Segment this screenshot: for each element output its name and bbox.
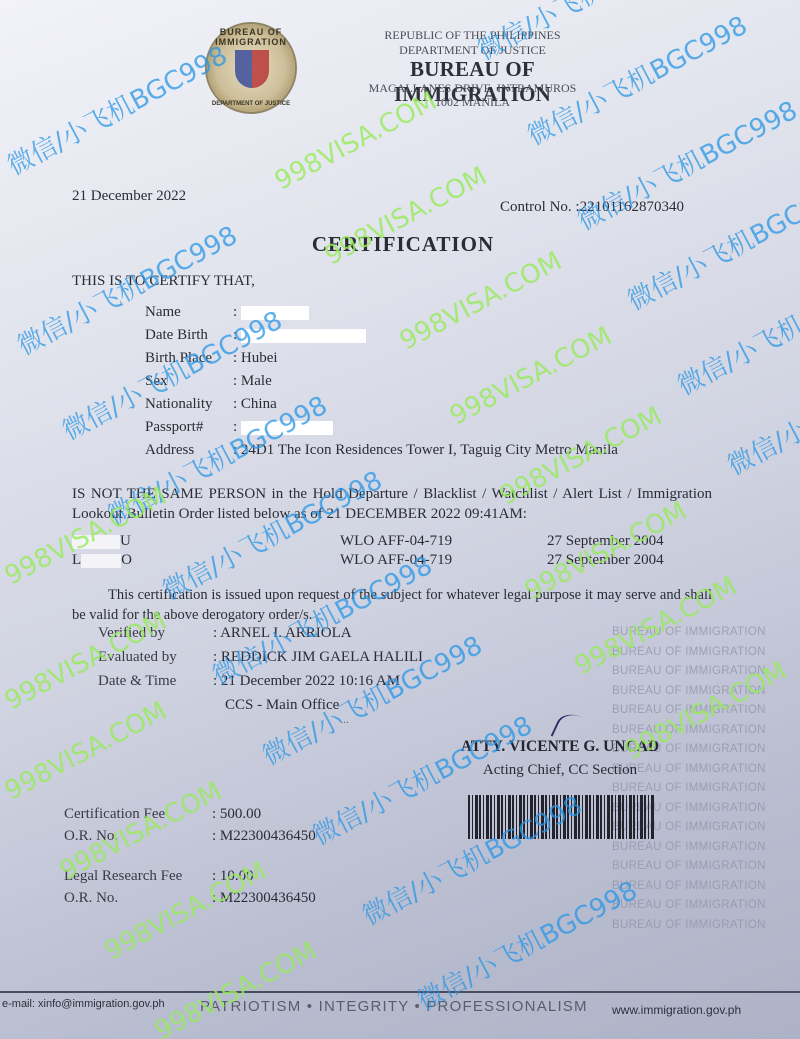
header-address-2: 1002 MANILA	[330, 95, 615, 110]
footer-divider	[0, 991, 800, 993]
stamp-line: BUREAU OF IMMIGRATION	[612, 880, 766, 900]
order-name-redacted: U	[72, 533, 340, 552]
footer-website: www.immigration.gov.ph	[612, 1003, 741, 1017]
verification-label: Date & Time	[98, 673, 213, 697]
field-date-birth: Date Birth :	[145, 327, 618, 350]
field-value-redacted: :	[233, 304, 309, 327]
watermark-blue: 微信/小飞机BGC998	[720, 335, 800, 482]
barcode-icon	[468, 795, 654, 839]
field-passport: Passport# :	[145, 419, 618, 442]
fee-label: O.R. No.	[64, 890, 212, 912]
stamp-line: BUREAU OF IMMIGRATION	[612, 704, 766, 724]
field-sex: Sex : Male	[145, 373, 618, 396]
order-name-redacted: LO	[72, 552, 340, 571]
field-label: Birth Place	[145, 350, 233, 373]
signatory-name: ATTY. VICENTE G. UNCAD	[450, 738, 670, 756]
verification-value: CCS - Main Office	[213, 697, 339, 721]
seal-top-text: BUREAU OF IMMIGRATION	[207, 27, 295, 47]
field-birth-place: Birth Place : Hubei	[145, 350, 618, 373]
stamp-line: BUREAU OF IMMIGRATION	[612, 665, 766, 685]
watermark-blue: 微信/小飞机BGC998	[0, 35, 233, 182]
fee-value: : 500.00	[212, 806, 261, 828]
certification-document: BUREAU OF IMMIGRATION DEPARTMENT OF JUST…	[0, 0, 800, 1039]
verification-value: : ARNEL I. ARRIOLA	[213, 625, 352, 649]
or-number-row: O.R. No. : M22300436450	[64, 890, 316, 912]
order-date: 27 September 2004	[547, 533, 664, 552]
header-department: DEPARTMENT OF JUSTICE	[330, 43, 615, 58]
certification-fee-row: Certification Fee : 500.00	[64, 806, 316, 828]
header-republic: REPUBLIC OF THE PHILIPPINES	[330, 28, 615, 43]
order-date: 27 September 2004	[547, 552, 664, 571]
evaluated-by-row: Evaluated by : REDDICK JIM GAELA HALILI	[98, 649, 423, 673]
stamp-line: BUREAU OF IMMIGRATION	[612, 899, 766, 919]
dry-stamp: BUREAU OF IMMIGRATION BUREAU OF IMMIGRAT…	[612, 626, 766, 938]
field-label: Address	[145, 442, 233, 465]
field-label: Date Birth	[145, 327, 233, 350]
watermark-blue: 微信/小飞机BGC998	[410, 870, 643, 1017]
field-value: : Male	[233, 373, 272, 396]
watermark-green: 998VISA.COM	[150, 936, 322, 1039]
field-label: Name	[145, 304, 233, 327]
field-nationality: Nationality : China	[145, 396, 618, 419]
statement-paragraph: IS NOT THE SAME PERSON in the Hold Depar…	[72, 484, 712, 524]
watermark-blue: 微信/小飞机BGC998	[670, 255, 800, 402]
stamp-line: BUREAU OF IMMIGRATION	[612, 685, 766, 705]
signatory-block: ATTY. VICENTE G. UNCAD Acting Chief, CC …	[450, 738, 670, 779]
verification-label	[98, 697, 213, 721]
field-label: Passport#	[145, 419, 233, 442]
verified-by-row: Verified by : ARNEL I. ARRIOLA	[98, 625, 423, 649]
control-number: Control No. :22101162870340	[500, 199, 684, 216]
bureau-seal-icon: BUREAU OF IMMIGRATION DEPARTMENT OF JUST…	[205, 22, 297, 114]
fee-label: Legal Research Fee	[64, 868, 212, 890]
fee-label: O.R. No.	[64, 828, 212, 850]
field-value: : China	[233, 396, 277, 419]
field-name: Name :	[145, 304, 618, 327]
purpose-paragraph: This certification is issued upon reques…	[72, 585, 712, 625]
or-number-row: O.R. No. : M22300436450	[64, 828, 316, 850]
date-time-row: Date & Time : 21 December 2022 10:16 AM	[98, 673, 423, 697]
verification-value: : REDDICK JIM GAELA HALILI	[213, 649, 423, 673]
field-value-redacted: :	[233, 327, 366, 350]
verification-label: Verified by	[98, 625, 213, 649]
field-address: Address : 24D1 The Icon Residences Tower…	[145, 442, 618, 465]
verification-block: Verified by : ARNEL I. ARRIOLA Evaluated…	[98, 625, 423, 721]
document-title: CERTIFICATION	[0, 232, 800, 257]
stamp-line: BUREAU OF IMMIGRATION	[612, 919, 766, 939]
verification-label: Evaluated by	[98, 649, 213, 673]
stamp-line: BUREAU OF IMMIGRATION	[612, 646, 766, 666]
fee-value: : M22300436450	[212, 828, 316, 850]
derogatory-orders-list: U WLO AFF-04-719 27 September 2004 LO WL…	[72, 533, 664, 571]
stamp-line: BUREAU OF IMMIGRATION	[612, 626, 766, 646]
ellipsis-mark: ...	[340, 712, 349, 727]
office-row: CCS - Main Office	[98, 697, 423, 721]
fees-block: Certification Fee : 500.00 O.R. No. : M2…	[64, 806, 316, 912]
seal-bottom-text: DEPARTMENT OF JUSTICE	[207, 101, 295, 107]
seal-shield-icon	[235, 50, 269, 88]
order-row: LO WLO AFF-04-719 27 September 2004	[72, 552, 664, 571]
order-code: WLO AFF-04-719	[340, 533, 547, 552]
verification-value: : 21 December 2022 10:16 AM	[213, 673, 400, 697]
fee-value: : M22300436450	[212, 890, 316, 912]
document-date: 21 December 2022	[72, 188, 186, 205]
signatory-title: Acting Chief, CC Section	[450, 762, 670, 779]
footer-email: e-mail: xinfo@immigration.gov.ph	[2, 998, 165, 1010]
field-value: : Hubei	[233, 350, 278, 373]
field-value: : 24D1 The Icon Residences Tower I, Tagu…	[233, 442, 618, 465]
field-label: Sex	[145, 373, 233, 396]
header-address-1: MAGALLANES DRIVE, INTRAMUROS	[330, 81, 615, 96]
legal-research-fee-row: Legal Research Fee : 10.00	[64, 868, 316, 890]
order-code: WLO AFF-04-719	[340, 552, 547, 571]
field-value-redacted: :	[233, 419, 333, 442]
stamp-line: BUREAU OF IMMIGRATION	[612, 841, 766, 861]
order-row: U WLO AFF-04-719 27 September 2004	[72, 533, 664, 552]
fee-label: Certification Fee	[64, 806, 212, 828]
personal-details: Name : Date Birth : Birth Place : Hubei …	[145, 304, 618, 465]
stamp-line: BUREAU OF IMMIGRATION	[612, 860, 766, 880]
footer-motto: PATRIOTISM • INTEGRITY • PROFESSIONALISM	[200, 998, 588, 1015]
fee-value: : 10.00	[212, 868, 254, 890]
field-label: Nationality	[145, 396, 233, 419]
intro-text: THIS IS TO CERTIFY THAT,	[72, 273, 255, 290]
